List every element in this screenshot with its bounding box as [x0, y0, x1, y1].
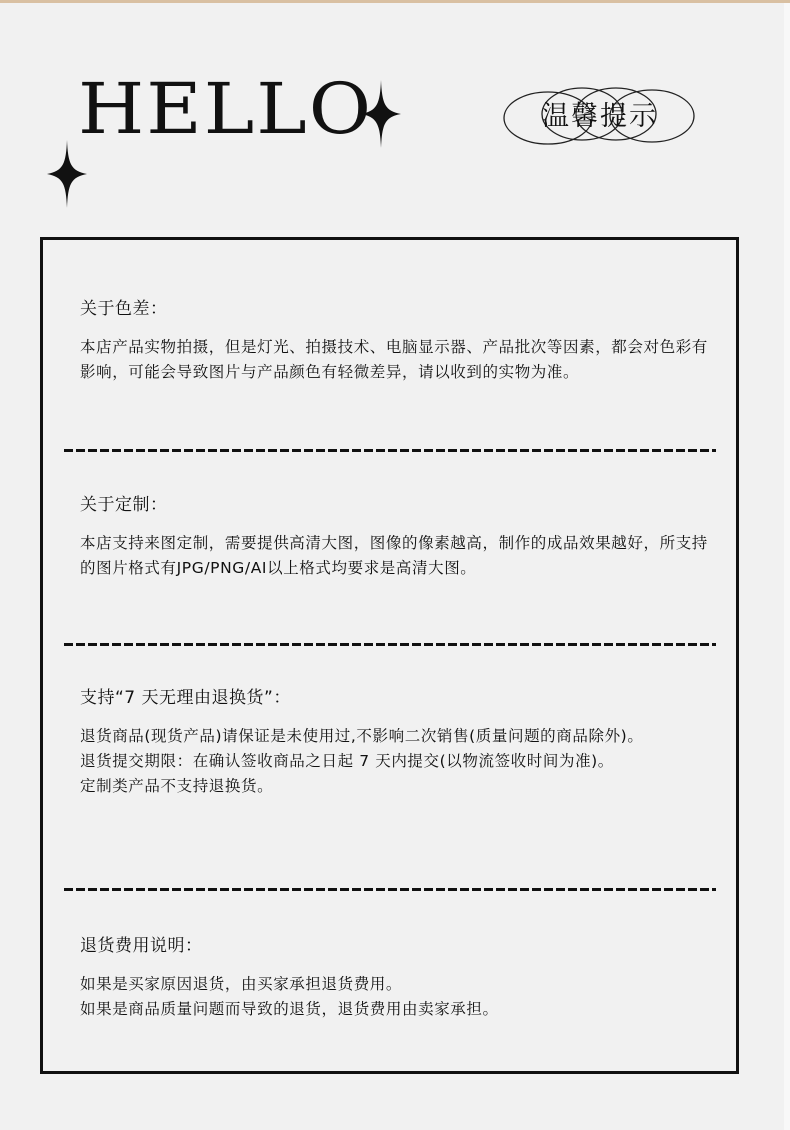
hello-title: HELLO [78, 74, 373, 144]
section-line: 退货提交期限：在确认签收商品之日起 7 天内提交(以物流签收时间为准)。 [80, 749, 710, 774]
section-7-day-return: 支持“7 天无理由退换货”： 退货商品(现货产品)请保证是未使用过,不影响二次销… [80, 686, 710, 799]
dashed-divider [64, 449, 716, 452]
section-line: 定制类产品不支持退换货。 [80, 774, 710, 799]
section-heading: 退货费用说明： [80, 934, 710, 958]
top-decorative-strip [0, 0, 790, 3]
notice-frame: 关于色差： 本店产品实物拍摄，但是灯光、拍摄技术、电脑显示器、产品批次等因素，都… [40, 237, 739, 1074]
section-heading: 支持“7 天无理由退换货”： [80, 686, 710, 710]
dashed-divider [64, 888, 716, 891]
section-line: 如果是商品质量问题而导致的退货，退货费用由卖家承担。 [80, 997, 710, 1022]
section-line: 退货商品(现货产品)请保证是未使用过,不影响二次销售(质量问题的商品除外)。 [80, 724, 710, 749]
sparkle-icon [361, 80, 401, 148]
section-color-difference: 关于色差： 本店产品实物拍摄，但是灯光、拍摄技术、电脑显示器、产品批次等因素，都… [80, 297, 710, 385]
section-heading: 关于定制： [80, 493, 710, 517]
section-heading: 关于色差： [80, 297, 710, 321]
sparkle-icon [47, 140, 87, 208]
section-line: 如果是买家原因退货，由买家承担退货费用。 [80, 972, 710, 997]
section-line: 本店支持来图定制，需要提供高清大图，图像的像素越高，制作的成品效果越好，所支持的… [80, 531, 710, 581]
section-body: 本店产品实物拍摄，但是灯光、拍摄技术、电脑显示器、产品批次等因素，都会对色彩有影… [80, 335, 710, 385]
section-line: 本店产品实物拍摄，但是灯光、拍摄技术、电脑显示器、产品批次等因素，都会对色彩有影… [80, 335, 710, 385]
tip-badge: 温馨提示 [500, 78, 700, 148]
dashed-divider [64, 643, 716, 646]
section-return-fees: 退货费用说明： 如果是买家原因退货，由买家承担退货费用。 如果是商品质量问题而导… [80, 934, 710, 1022]
section-body: 退货商品(现货产品)请保证是未使用过,不影响二次销售(质量问题的商品除外)。 退… [80, 724, 710, 799]
section-customization: 关于定制： 本店支持来图定制，需要提供高清大图，图像的像素越高，制作的成品效果越… [80, 493, 710, 581]
section-body: 如果是买家原因退货，由买家承担退货费用。 如果是商品质量问题而导致的退货，退货费… [80, 972, 710, 1022]
right-edge [784, 3, 790, 1130]
tip-badge-label: 温馨提示 [500, 78, 700, 148]
section-body: 本店支持来图定制，需要提供高清大图，图像的像素越高，制作的成品效果越好，所支持的… [80, 531, 710, 581]
